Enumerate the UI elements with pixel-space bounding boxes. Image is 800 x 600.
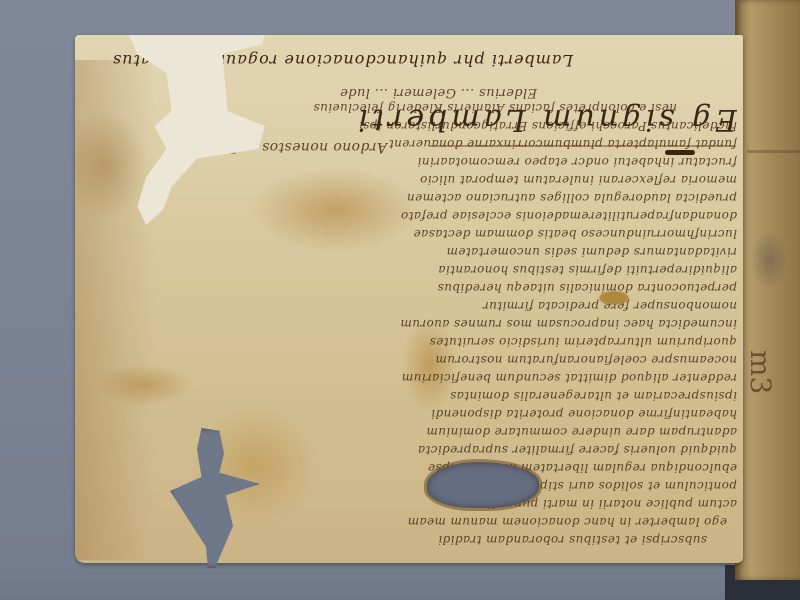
parchment-hole <box>427 462 539 508</box>
ink-blot <box>665 150 695 155</box>
text-line: reddenter aliquod dimittat secundum bene… <box>401 371 737 385</box>
text-line: noceamuspre coelefianoranfuratum nostror… <box>435 353 737 367</box>
text-line: ipsiusprecariam et ultaregeneralis domin… <box>450 389 737 403</box>
text-line: habeantinfirme donacione proterita dispo… <box>431 407 737 421</box>
wax-spot <box>600 292 628 304</box>
text-line: quoripurium ulturrapterim iurisdicio ser… <box>429 335 737 349</box>
text-line: ego lamberter in hanc donacionem manum m… <box>407 515 727 529</box>
ink-rule <box>430 145 735 147</box>
text-line: quidquid uolueris facere firmaliter supr… <box>418 443 737 457</box>
text-line: adantrupam dare uindere commutare domini… <box>426 425 737 439</box>
text-line: fundat famulapterta plumbumcorrinxarne d… <box>388 137 737 151</box>
text-line: fructatur inhabetui ondcr etapeo remcomo… <box>417 155 737 169</box>
subscription-line: Elderius ... Gelemeri ... lude <box>340 85 537 100</box>
text-line: subscripsi et testibus roborandam tradid… <box>438 533 707 547</box>
folded-parchment-edge <box>735 0 800 580</box>
text-line: aliquidirepertuiti defirmis testibus hon… <box>438 263 737 277</box>
text-line: donandanfraperutiliteremadeionis ecclesi… <box>401 209 737 223</box>
text-line: perpetuocontra dominicalis uitaequ hered… <box>437 281 737 295</box>
table-surface <box>0 565 800 600</box>
text-line: lucrinfhmorruindunceso beatis dommam dec… <box>413 227 737 241</box>
text-line: incumedicta haec inaprocusam mos rumnes … <box>400 317 737 331</box>
text-line: rivitadantamurs dedumi sedis uncomertate… <box>446 245 737 259</box>
monogram: Eg signum Lamberti <box>354 102 737 137</box>
text-line: pruedicta laudoregula colliges autrucian… <box>407 191 737 205</box>
text-line: memoria reflexcerani inuleratum temporat… <box>420 173 737 187</box>
